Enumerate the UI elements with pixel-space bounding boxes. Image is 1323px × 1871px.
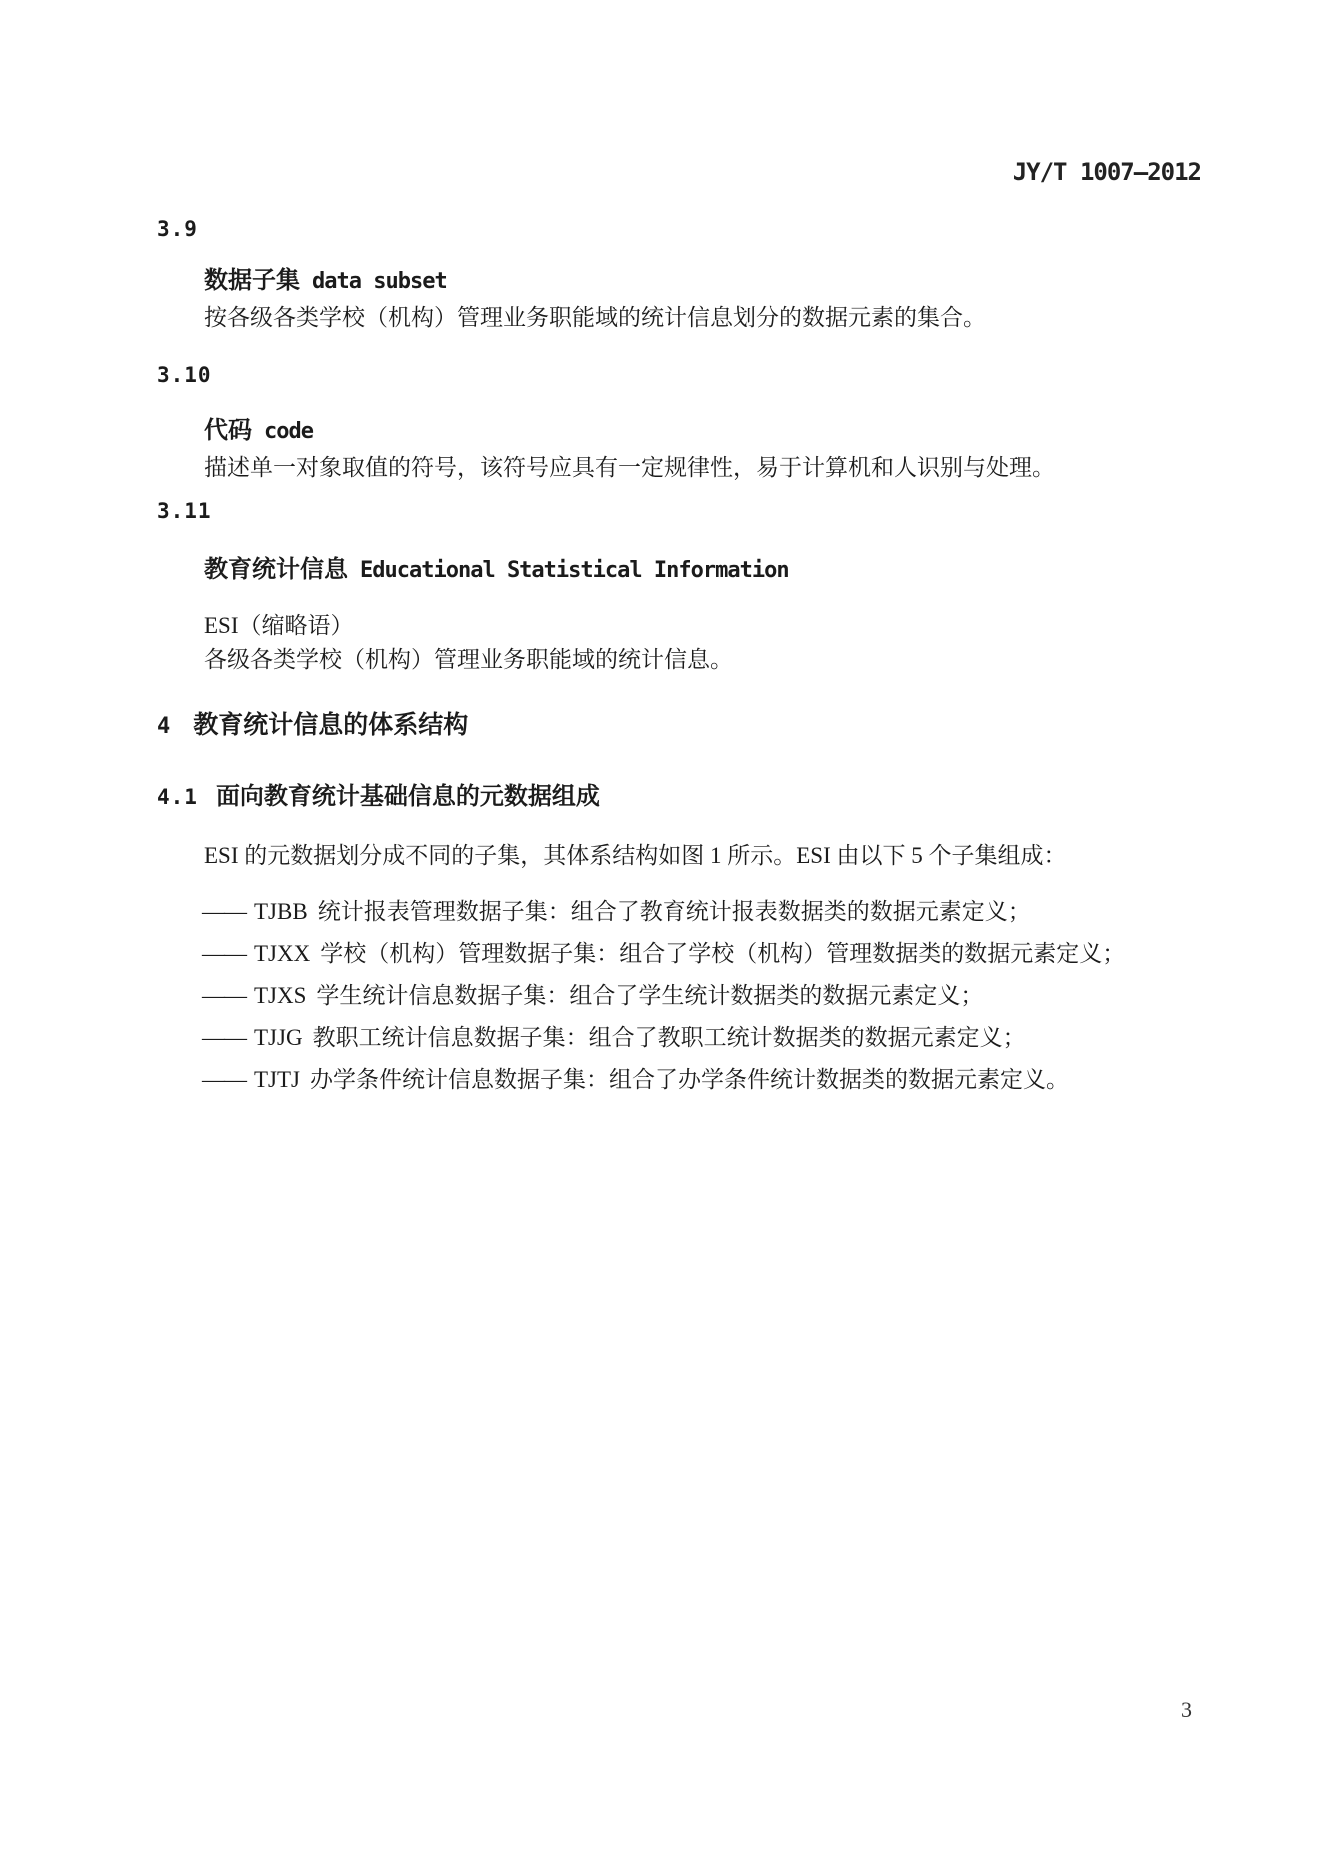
subset-code: TJXX	[254, 941, 310, 966]
document-page: JY/T 1007—2012 3.9 数据子集data subset 按各级各类…	[0, 0, 1323, 1871]
term-heading: 代码code	[204, 414, 1187, 451]
subset-code: TJJG	[254, 1025, 303, 1050]
term-heading: 教育统计信息Educational Statistical Informatio…	[204, 553, 1187, 590]
dash-bullet: ——	[202, 1067, 246, 1092]
term-heading: 数据子集data subset	[204, 264, 1187, 301]
term-definition: 按各级各类学校（机构）管理业务职能域的统计信息划分的数据元素的集合。	[204, 301, 1187, 335]
term-section-number: 3.10	[157, 358, 1187, 392]
subset-list-item: ——TJJG教职工统计信息数据子集：组合了教职工统计数据类的数据元素定义；	[202, 1021, 1187, 1055]
term-en-label: data subset	[312, 269, 447, 294]
subset-list-item: ——TJXS学生统计信息数据子集：组合了学生统计数据类的数据元素定义；	[202, 979, 1187, 1013]
subsection-number: 4.1	[157, 785, 198, 809]
term-section-number: 3.9	[157, 212, 1187, 246]
term-zh-label: 代码	[204, 417, 252, 444]
dash-bullet: ——	[202, 941, 246, 966]
term-definition: 各级各类学校（机构）管理业务职能域的统计信息。	[204, 643, 1187, 677]
subsection-heading: 4.1面向教育统计基础信息的元数据组成	[157, 779, 1187, 815]
subset-desc: 学生统计信息数据子集：组合了学生统计数据类的数据元素定义；	[316, 983, 983, 1008]
subset-list-item: ——TJXX学校（机构）管理数据子集：组合了学校（机构）管理数据类的数据元素定义…	[202, 937, 1187, 971]
term-zh-label: 教育统计信息	[204, 556, 348, 583]
chapter-heading: 4教育统计信息的体系结构	[157, 707, 1187, 745]
subset-list-item: ——TJBB统计报表管理数据子集：组合了教育统计报表数据类的数据元素定义；	[202, 895, 1187, 929]
subsection-intro: ESI 的元数据划分成不同的子集，其体系结构如图 1 所示。ESI 由以下 5 …	[204, 839, 1187, 873]
subset-desc: 教职工统计信息数据子集：组合了教职工统计数据类的数据元素定义；	[313, 1025, 1026, 1050]
dash-bullet: ——	[202, 983, 246, 1008]
term-definition: 描述单一对象取值的符号，该符号应具有一定规律性，易于计算机和人识别与处理。	[204, 451, 1187, 485]
subset-desc: 办学条件统计信息数据子集：组合了办学条件统计数据类的数据元素定义。	[310, 1067, 1069, 1092]
subset-desc: 统计报表管理数据子集：组合了教育统计报表数据类的数据元素定义；	[318, 899, 1031, 924]
subset-list-item: ——TJTJ办学条件统计信息数据子集：组合了办学条件统计数据类的数据元素定义。	[202, 1063, 1187, 1097]
term-section-number: 3.11	[157, 494, 1187, 528]
term-abbreviation: ESI（缩略语）	[204, 609, 1187, 643]
chapter-number: 4	[157, 714, 171, 739]
dash-bullet: ——	[202, 1025, 246, 1050]
document-body: 3.9 数据子集data subset 按各级各类学校（机构）管理业务职能域的统…	[157, 212, 1187, 1097]
term-en-label: Educational Statistical Information	[360, 558, 789, 583]
page-number: 3	[1181, 1697, 1192, 1723]
term-zh-label: 数据子集	[204, 267, 300, 294]
subset-code: TJBB	[254, 899, 308, 924]
subset-code: TJXS	[254, 983, 306, 1008]
term-en-label: code	[264, 419, 313, 444]
chapter-title: 教育统计信息的体系结构	[193, 711, 468, 739]
subsection-title: 面向教育统计基础信息的元数据组成	[216, 783, 600, 810]
subset-code: TJTJ	[254, 1067, 300, 1092]
subset-desc: 学校（机构）管理数据子集：组合了学校（机构）管理数据类的数据元素定义；	[320, 941, 1125, 966]
dash-bullet: ——	[202, 899, 246, 924]
document-code-header: JY/T 1007—2012	[1013, 158, 1201, 186]
